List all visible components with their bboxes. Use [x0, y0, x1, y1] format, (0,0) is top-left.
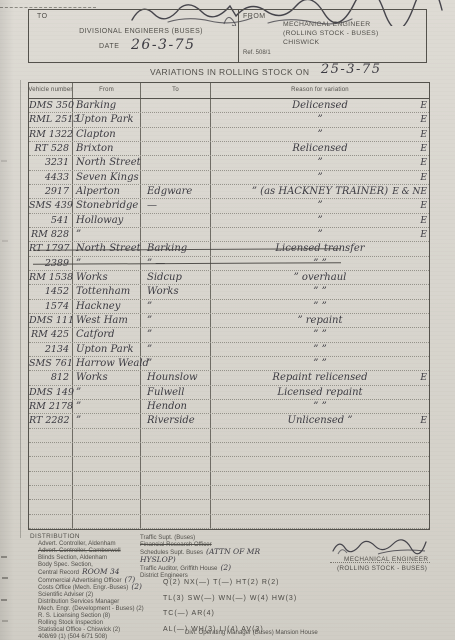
cell-to: [141, 228, 211, 241]
cell-to: Hounslow: [141, 371, 211, 384]
cell-reason: Unlicensed ”E: [211, 414, 429, 427]
cell-status-note: E: [420, 142, 427, 156]
table-row: DMS 350BarkingDelicensedE: [29, 99, 429, 113]
table-row: 1452TottenhamWorks” ”: [29, 285, 429, 299]
cell-to: ”: [141, 343, 211, 356]
distribution-item-text: Traffic Auditor, Griffith House: [140, 565, 217, 572]
cell-to: [141, 171, 211, 184]
cell-from: [73, 443, 141, 456]
cell-vehicle-number: 2917: [29, 185, 73, 198]
cell-from: ”: [73, 386, 141, 399]
table-row-empty: [29, 457, 429, 471]
cell-vehicle-number: RM 1538: [29, 271, 73, 284]
memo-header-box: TO DIVISIONAL ENGINEERS (BUSES) DATE 26-…: [28, 9, 427, 63]
cell-reason: [211, 457, 429, 470]
distribution-item-handwritten: (2): [220, 563, 231, 572]
table-row: 1574Hackney”” ”: [29, 300, 429, 314]
scan-mark: [1, 556, 7, 558]
distribution-item-text: Central Record: [38, 569, 79, 576]
table-row-empty: [29, 500, 429, 514]
scan-mark: [2, 620, 8, 622]
table-row: 2134Upton Park”” ”: [29, 343, 429, 357]
cell-reason: ” ”: [211, 400, 429, 413]
cell-reason: [211, 472, 429, 485]
cell-to: Works: [141, 285, 211, 298]
cell-from: Seven Kings: [73, 171, 141, 184]
signatory-title-line1: MECHANICAL ENGINEER: [344, 556, 428, 563]
cell-from: Upton Park: [73, 343, 141, 356]
cell-vehicle-number: RT 2282: [29, 414, 73, 427]
cell-to: Fulwell: [141, 386, 211, 399]
cell-vehicle-number: 3231: [29, 156, 73, 169]
table-row-empty: [29, 486, 429, 500]
cell-vehicle-number: [29, 443, 73, 456]
table-row: RM 1322Clapton”E: [29, 128, 429, 142]
cell-vehicle-number: RT 528: [29, 142, 73, 155]
table-row: RM 828””E: [29, 228, 429, 242]
cell-from: Tottenham: [73, 285, 141, 298]
table-row: RT 1797North StreetBarkingLicensed trans…: [29, 242, 429, 256]
cell-reason: [211, 500, 429, 513]
cell-to: [141, 472, 211, 485]
cell-from: [73, 429, 141, 442]
scan-mark: [2, 577, 8, 579]
from-address-line: MECHANICAL ENGINEER: [283, 20, 379, 29]
cell-reason: [211, 486, 429, 499]
scanned-memo-page: TO DIVISIONAL ENGINEERS (BUSES) DATE 26-…: [0, 0, 455, 640]
cell-reason: Licensed transfer: [211, 242, 429, 255]
cell-to: Barking: [141, 242, 211, 255]
distribution-item-handwritten: (2): [131, 582, 142, 591]
cell-to: Riverside: [141, 414, 211, 427]
cell-from: [73, 500, 141, 513]
cell-from: [73, 457, 141, 470]
cell-to: ” —: [141, 257, 211, 270]
cell-from: Catford: [73, 328, 141, 341]
table-row: RM 2178”Hendon” ”: [29, 400, 429, 414]
cell-from: ”: [73, 257, 141, 270]
cell-to: ”: [141, 300, 211, 313]
distribution-item: 408/69 (1) (504 6/71 508): [38, 634, 173, 640]
cell-status-note: E: [420, 171, 427, 185]
distribution-item-text: 408/69 (1) (504 6/71 508): [38, 633, 107, 640]
to-label: TO: [37, 13, 48, 20]
allocation-code-line: TL(3) SW(—) WN(—) W(4) HW(3): [163, 591, 297, 607]
table-row: 2917AlpertonEdgware” (as HACKNEY TRAINER…: [29, 185, 429, 199]
cell-from: Stonebridge: [73, 199, 141, 212]
table-row-empty: [29, 429, 429, 443]
cell-vehicle-number: RM 2178: [29, 400, 73, 413]
from-label: FROM: [243, 13, 266, 20]
cell-status-note: E & NE: [392, 185, 427, 199]
cell-vehicle-number: RM 425: [29, 328, 73, 341]
col-header-to: To: [141, 83, 211, 98]
cell-to: Edgware: [141, 185, 211, 198]
distribution-item: Schedules Supt. Buses(ATTN OF MR HYSLOP): [140, 548, 290, 564]
cell-status-note: E: [420, 414, 427, 428]
cell-reason: ” (as HACKNEY TRAINER)E & NE: [211, 185, 429, 198]
distribution-item-handwritten: ROOM 34: [82, 567, 120, 576]
scan-top-dash: [0, 7, 96, 8]
cell-to: [141, 500, 211, 513]
cell-reason: ”E: [211, 113, 429, 126]
cell-from: [73, 515, 141, 528]
cell-vehicle-number: SMS 761: [29, 357, 73, 370]
title-printed: VARIATIONS IN ROLLING STOCK ON: [150, 67, 309, 77]
cell-from: Hackney: [73, 300, 141, 313]
cell-status-note: E: [420, 113, 427, 127]
distribution-item-text: Traffic Supt. (Buses): [140, 534, 195, 541]
cell-status-note: E: [420, 199, 427, 213]
cell-reason: Repaint relicensedE: [211, 371, 429, 384]
cell-from: North Street: [73, 242, 141, 255]
cell-vehicle-number: DMS 111: [29, 314, 73, 327]
cell-to: Hendon: [141, 400, 211, 413]
cell-from: North Street: [73, 156, 141, 169]
document-title: VARIATIONS IN ROLLING STOCK ON 25-3-75: [150, 62, 381, 80]
cell-to: Sidcup: [141, 271, 211, 284]
table-row-empty: [29, 443, 429, 457]
cell-to: [141, 486, 211, 499]
cell-vehicle-number: [29, 500, 73, 513]
cell-vehicle-number: DMS 350: [29, 99, 73, 112]
cell-to: ”: [141, 357, 211, 370]
cell-to: —: [141, 199, 211, 212]
cell-vehicle-number: DMS 149: [29, 386, 73, 399]
cell-reason: [211, 443, 429, 456]
cell-from: Upton Park: [73, 113, 141, 126]
cell-to: [141, 156, 211, 169]
cell-from: Harrow Weald: [73, 357, 141, 370]
cell-from: Barking: [73, 99, 141, 112]
rolling-stock-table: Vehicle number From To Reason for variat…: [28, 82, 430, 530]
cell-vehicle-number: RT 1797: [29, 242, 73, 255]
table-row: 3231North Street”E: [29, 156, 429, 170]
from-address: MECHANICAL ENGINEER(ROLLING STOCK - BUSE…: [283, 20, 379, 47]
allocation-code-line: TC(—) AR(4): [163, 606, 297, 622]
cell-reason: ”E: [211, 156, 429, 169]
cell-vehicle-number: [29, 457, 73, 470]
cell-vehicle-number: [29, 472, 73, 485]
cell-reason: ” ”: [211, 257, 429, 270]
table-row-empty: [29, 472, 429, 486]
cell-vehicle-number: 4433: [29, 171, 73, 184]
date-label: DATE: [99, 43, 120, 50]
cell-from: Works: [73, 371, 141, 384]
cell-status-note: E: [420, 214, 427, 228]
table-body: DMS 350BarkingDelicensedERML 2513Upton P…: [29, 99, 429, 529]
allocation-code-line: Q(2) NX(—) T(—) HT(2) R(2): [163, 575, 297, 591]
cell-reason: ”E: [211, 199, 429, 212]
cell-status-note: E: [420, 228, 427, 242]
scan-mark: [1, 160, 7, 162]
cell-from: Holloway: [73, 214, 141, 227]
cell-to: [141, 457, 211, 470]
cell-reason: ” ”: [211, 357, 429, 370]
cell-reason: ” ”: [211, 343, 429, 356]
cell-reason: ” ”: [211, 285, 429, 298]
cell-reason: ”E: [211, 228, 429, 241]
cell-reason: [211, 429, 429, 442]
cell-to: [141, 443, 211, 456]
distribution-label: DISTRIBUTION: [30, 533, 80, 540]
page-fold-line: [20, 80, 21, 538]
scan-mark: [1, 599, 7, 601]
cell-reason: RelicensedE: [211, 142, 429, 155]
table-row: 4433Seven Kings”E: [29, 171, 429, 185]
table-header-row: Vehicle number From To Reason for variat…: [29, 83, 429, 99]
cell-vehicle-number: SMS 439: [29, 199, 73, 212]
distribution-item: Traffic Supt. (Buses): [140, 534, 290, 541]
cell-vehicle-number: RM 828: [29, 228, 73, 241]
distribution-item-text: Commercial Advertising Officer: [38, 577, 122, 584]
header-divider: [238, 10, 239, 62]
distribution-item: Traffic Auditor, Griffith House(2): [140, 564, 290, 572]
cell-to: ”: [141, 328, 211, 341]
table-row: RM 425Catford”” ”: [29, 328, 429, 342]
cell-vehicle-number: [29, 429, 73, 442]
cell-from: ”: [73, 400, 141, 413]
table-row: RT 2282”RiversideUnlicensed ”E: [29, 414, 429, 428]
cell-reason: [211, 515, 429, 528]
cell-to: [141, 99, 211, 112]
col-header-reason: Reason for variation: [211, 83, 429, 98]
cell-vehicle-number: RM 1322: [29, 128, 73, 141]
cell-from: Clapton: [73, 128, 141, 141]
col-header-vehicle-number: Vehicle number: [29, 83, 73, 98]
cell-to: [141, 214, 211, 227]
cell-vehicle-number: 1574: [29, 300, 73, 313]
cell-from: [73, 472, 141, 485]
cell-vehicle-number: 1452: [29, 285, 73, 298]
from-address-line: (ROLLING STOCK - BUSES): [283, 29, 379, 38]
cell-from: ”: [73, 228, 141, 241]
cell-from: Brixton: [73, 142, 141, 155]
cell-reason: Licensed repaint: [211, 386, 429, 399]
table-row: RM 1538WorksSidcup” overhaul: [29, 271, 429, 285]
table-row: DMS 111West Ham”” repaint: [29, 314, 429, 328]
cell-status-note: E: [420, 99, 427, 113]
cell-to: [141, 128, 211, 141]
table-row: 812WorksHounslowRepaint relicensedE: [29, 371, 429, 385]
from-address-line: CHISWICK: [283, 38, 379, 47]
divisional-operating-manager-line: Divl. Operating Manager (Buses) Mansion …: [185, 629, 318, 636]
cell-to: [141, 515, 211, 528]
cell-from: [73, 486, 141, 499]
cell-vehicle-number: 2134: [29, 343, 73, 356]
cell-vehicle-number: 2389: [29, 257, 73, 270]
cell-status-note: E: [420, 371, 427, 385]
cell-vehicle-number: [29, 515, 73, 528]
table-row-empty: [29, 515, 429, 529]
cell-to: [141, 113, 211, 126]
signature-scrawl: [330, 537, 430, 557]
cell-from: ”: [73, 414, 141, 427]
title-date-handwritten: 25-3-75: [321, 62, 382, 77]
cell-reason: ” overhaul: [211, 271, 429, 284]
cell-vehicle-number: 812: [29, 371, 73, 384]
cell-reason: ”E: [211, 214, 429, 227]
cell-vehicle-number: [29, 486, 73, 499]
signatory-title-line2: (ROLLING STOCK - BUSES): [337, 565, 427, 572]
cell-reason: DelicensedE: [211, 99, 429, 112]
cell-reason: ” repaint: [211, 314, 429, 327]
to-value: DIVISIONAL ENGINEERS (BUSES): [51, 28, 231, 35]
cell-to: [141, 429, 211, 442]
cell-reason: ”E: [211, 128, 429, 141]
cell-reason: ”E: [211, 171, 429, 184]
table-row: RML 2513Upton Park”E: [29, 113, 429, 127]
cell-status-note: E: [420, 128, 427, 142]
date-value-handwritten: 26-3-75: [131, 37, 196, 53]
cell-from: Alperton: [73, 185, 141, 198]
cell-reason: ” ”: [211, 328, 429, 341]
cell-from: West Ham: [73, 314, 141, 327]
col-header-from: From: [73, 83, 141, 98]
cell-to: [141, 142, 211, 155]
distribution-middle-list: Traffic Supt. (Buses)Financial Research …: [140, 534, 290, 579]
distribution-item-text: Financial Research Officer: [140, 541, 212, 548]
table-row: SMS 439Stonebridge—”E: [29, 199, 429, 213]
cell-from: Works: [73, 271, 141, 284]
table-row: 2389”” —” ”: [29, 257, 429, 271]
table-row: SMS 761Harrow Weald”” ”: [29, 357, 429, 371]
cell-reason: ” ”: [211, 300, 429, 313]
scan-mark: [2, 240, 8, 242]
cell-vehicle-number: 541: [29, 214, 73, 227]
cell-vehicle-number: RML 2513: [29, 113, 73, 126]
table-row: RT 528BrixtonRelicensedE: [29, 142, 429, 156]
ref-number: Ref. 508/1: [243, 50, 271, 56]
table-row: DMS 149”FulwellLicensed repaint: [29, 386, 429, 400]
cell-to: ”: [141, 314, 211, 327]
cell-status-note: E: [420, 156, 427, 170]
table-row: 541Holloway”E: [29, 214, 429, 228]
